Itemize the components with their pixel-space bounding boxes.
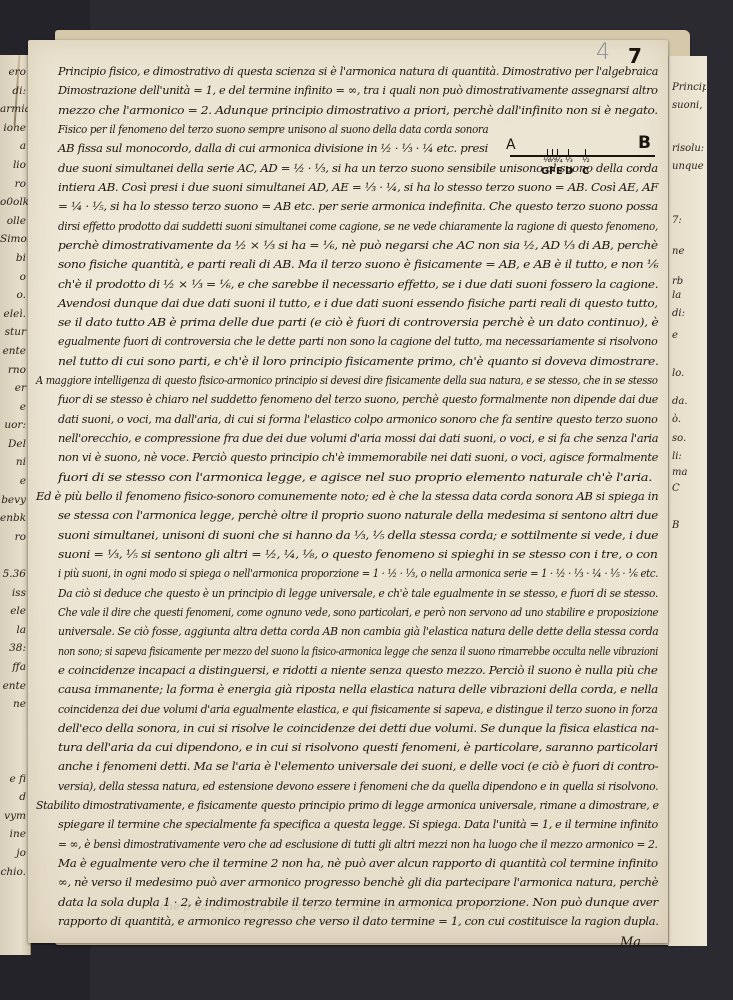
right-margin-fragment: di: — [672, 308, 685, 319]
manuscript-line: anche i fenomeni detti. Ma se l'aria è l… — [58, 759, 658, 773]
point-f: F — [549, 166, 556, 177]
left-margin-fragment: iss — [0, 584, 28, 603]
right-margin-fragment: suoni, — [672, 100, 702, 111]
manuscript-line: non sono; si sapeva fisicamente per mezz… — [58, 644, 658, 658]
manuscript-line: suoni = ⅓, ⅕ si sentono gli altri = ½, ¼… — [58, 547, 658, 561]
left-margin-fragment: enbk — [0, 509, 28, 528]
left-margin-fragment: armia — [0, 100, 28, 119]
manuscript-line: Fisico per il fenomeno del terzo suono s… — [58, 122, 488, 136]
left-margin-fragment: bevy — [0, 491, 28, 510]
left-margin-fragment: jo — [0, 844, 28, 863]
left-margin-fragment: Del — [0, 435, 28, 454]
right-margin-fragment: li: — [672, 451, 682, 462]
left-margin-fragment: d — [0, 788, 28, 807]
manuscript-line: fuori di se stesso con l'armonica legge,… — [58, 470, 652, 484]
left-margin-fragment: ele — [0, 602, 28, 621]
left-margin-fragment: vym — [0, 807, 28, 826]
left-facing-page: erodi:armiaionealioroo0olkolleSimo:bioo.… — [0, 55, 31, 955]
monochord-diagram: A B ⅙ ⅕ ¼ ⅓ ½ G F E D C — [490, 135, 670, 185]
manuscript-line: dell'eco della sonora, in cui si risolve… — [58, 721, 658, 735]
left-margin-fragment: stur — [0, 323, 28, 342]
left-margin-fragment: o — [0, 268, 28, 287]
left-margin-fragment: olle — [0, 212, 28, 231]
manuscript-line: versia), della stessa natura, ed estensi… — [58, 779, 658, 793]
left-margin-fragment: er — [0, 379, 28, 398]
right-margin-fragment: ò. — [672, 414, 681, 425]
left-margin-fragment: lio — [0, 156, 28, 175]
manuscript-line: fuor di se stesso è chiaro nel suddetto … — [58, 392, 658, 406]
right-margin-fragment: la — [672, 290, 681, 301]
left-margin-fragment: chio. — [0, 863, 28, 882]
manuscript-line: AB fissa sul monocordo, dalla di cui arm… — [58, 141, 488, 155]
left-margin-fragment: la — [0, 621, 28, 640]
right-margin-fragment: e — [672, 330, 678, 341]
left-margin-fragment — [0, 714, 28, 733]
manuscript-line: Avendosi dunque dai due dati suoni il tu… — [58, 296, 658, 310]
manuscript-line: i più suoni, in ogni modo si spiega o ne… — [58, 566, 658, 580]
left-margin-fragment: ente — [0, 342, 28, 361]
manuscript-line: se il dato tutto AB è prima delle due pa… — [58, 315, 658, 329]
manuscript-line: spiegare il termine che specialmente fa … — [58, 817, 658, 831]
manuscript-line: egualmente fuori di controversia che le … — [58, 334, 657, 348]
left-margin-fragment — [0, 732, 28, 751]
left-margin-fragment: a — [0, 137, 28, 156]
fraction-d: ⅓ — [565, 155, 573, 164]
right-margin-fragment: Principio — [672, 82, 706, 93]
left-margin-fragment: bi — [0, 249, 28, 268]
left-page-text-fragments: erodi:armiaionealioroo0olkolleSimo:bioo.… — [0, 63, 28, 881]
manuscript-line: dati suoni, o voci, ma dall'aria, di cui… — [58, 412, 658, 426]
left-margin-fragment: eleì. — [0, 305, 28, 324]
left-margin-fragment — [0, 751, 28, 770]
left-margin-fragment: 38: — [0, 639, 28, 658]
manuscript-line: se stessa con l'armonica legge, perchè o… — [58, 508, 658, 522]
right-margin-fragment: risolu: — [672, 143, 704, 154]
manuscript-line: tura dell'aria da cui dipendono, e in cu… — [58, 740, 658, 754]
right-margin-fragment: B — [672, 520, 679, 531]
manuscript-line: ch'è il prodotto di ½ × ⅓ = ⅙, e che sar… — [58, 277, 658, 291]
left-margin-fragment: ne — [0, 695, 28, 714]
manuscript-line: Principio fisico, e dimostrativo di ques… — [58, 64, 658, 78]
left-margin-fragment: 5.36 — [0, 565, 28, 584]
right-margin-fragment: lo. — [672, 368, 684, 379]
right-margin-fragment: ma — [672, 467, 687, 478]
left-margin-fragment: e — [0, 398, 28, 417]
manuscript-line: coincidenza dei due volumi d'aria egualm… — [58, 702, 658, 716]
manuscript-line: Ma è egualmente vero che il termine 2 no… — [58, 856, 658, 870]
left-margin-fragment — [0, 546, 28, 565]
point-c: C — [582, 166, 589, 177]
manuscript-line: Che vale il dire che questi fenomeni, co… — [58, 605, 658, 619]
manuscript-line: perchè dimostrativamente da ½ × ⅓ si ha … — [58, 238, 658, 252]
diagram-label-a: A — [506, 137, 516, 153]
manuscript-line: e coincidenze incapaci a distinguersi, e… — [58, 663, 658, 677]
manuscript-line: dirsi effetto prodotto dai suddetti suon… — [58, 219, 658, 233]
left-margin-fragment: ro — [0, 528, 28, 547]
right-margin-fragment: ne — [672, 246, 684, 257]
left-margin-fragment: ni — [0, 453, 28, 472]
catchword: Ma — [620, 935, 641, 950]
manuscript-line: non vi è suono, nè voce. Perciò questo p… — [58, 450, 658, 464]
manuscript-line: universale. Se ciò fosse, aggiunta altra… — [58, 624, 658, 638]
manuscript-line: A maggiore intelligenza di questo fisico… — [36, 373, 658, 387]
right-margin-fragment: 7: — [672, 215, 682, 226]
manuscript-line: Ed è più bello il fenomeno fisico-sonoro… — [36, 489, 658, 503]
manuscript-line: ∞, nè verso il medesimo può aver armonic… — [58, 875, 658, 889]
left-margin-fragment: rno — [0, 361, 28, 380]
manuscript-line: sono fisiche quantità, e parti reali di … — [58, 257, 658, 271]
point-e: E — [556, 166, 563, 177]
left-margin-fragment: ero — [0, 63, 28, 82]
manuscript-line: = ∞, è bensì dimostrativamente vero che … — [58, 837, 658, 851]
manuscript-line: Da ciò si deduce che questo è un princip… — [58, 586, 658, 600]
left-margin-fragment: e fi — [0, 770, 28, 789]
left-margin-fragment: o0olk — [0, 193, 28, 212]
bleed-through-text: e che il ha concepito per armonico l'amp… — [150, 900, 610, 930]
left-margin-fragment: o. — [0, 286, 28, 305]
left-margin-fragment: e — [0, 472, 28, 491]
fraction-c: ½ — [582, 155, 590, 164]
right-margin-fragment: so. — [672, 433, 686, 444]
manuscript-line: causa immanente; la forma è energia già … — [58, 682, 658, 696]
right-margin-fragment: rb — [672, 276, 683, 287]
right-margin-fragment: da. — [672, 396, 688, 407]
right-page-text-fragments: Principiosuoni,risolu:unque7:nerbladi:el… — [672, 58, 706, 938]
left-margin-fragment: ffa — [0, 658, 28, 677]
left-margin-fragment: ro — [0, 175, 28, 194]
fraction-e: ¼ — [555, 155, 563, 164]
manuscript-line: = ¼ · ⅕, si ha lo stesso terzo suono = A… — [58, 199, 658, 213]
manuscript-line: Stabilito dimostrativamente, e fisicamen… — [36, 798, 659, 812]
point-d: D — [565, 166, 573, 177]
left-margin-fragment: ente — [0, 677, 28, 696]
manuscript-line: suoni simultanei, unisoni di suoni che s… — [58, 528, 658, 542]
left-margin-fragment: di: — [0, 82, 28, 101]
manuscript-line: nell'orecchio, e compressione fra due de… — [58, 431, 658, 445]
manuscript-line: Dimostrazione dell'unità = 1, e del term… — [58, 83, 658, 97]
manuscript-line: mezzo che l'armonico = 2. Adunque princi… — [58, 103, 658, 117]
right-margin-fragment: unque — [672, 161, 704, 172]
left-margin-fragment: uor: — [0, 416, 28, 435]
left-margin-fragment: Simo: — [0, 230, 28, 249]
left-margin-fragment: ine — [0, 825, 28, 844]
diagram-label-b: B — [638, 133, 651, 153]
manuscript-line: nel tutto di cui sono parti, e ch'è il l… — [58, 354, 659, 368]
point-g: G — [541, 166, 549, 177]
right-margin-fragment: C — [672, 483, 680, 494]
left-margin-fragment: ione — [0, 119, 28, 138]
